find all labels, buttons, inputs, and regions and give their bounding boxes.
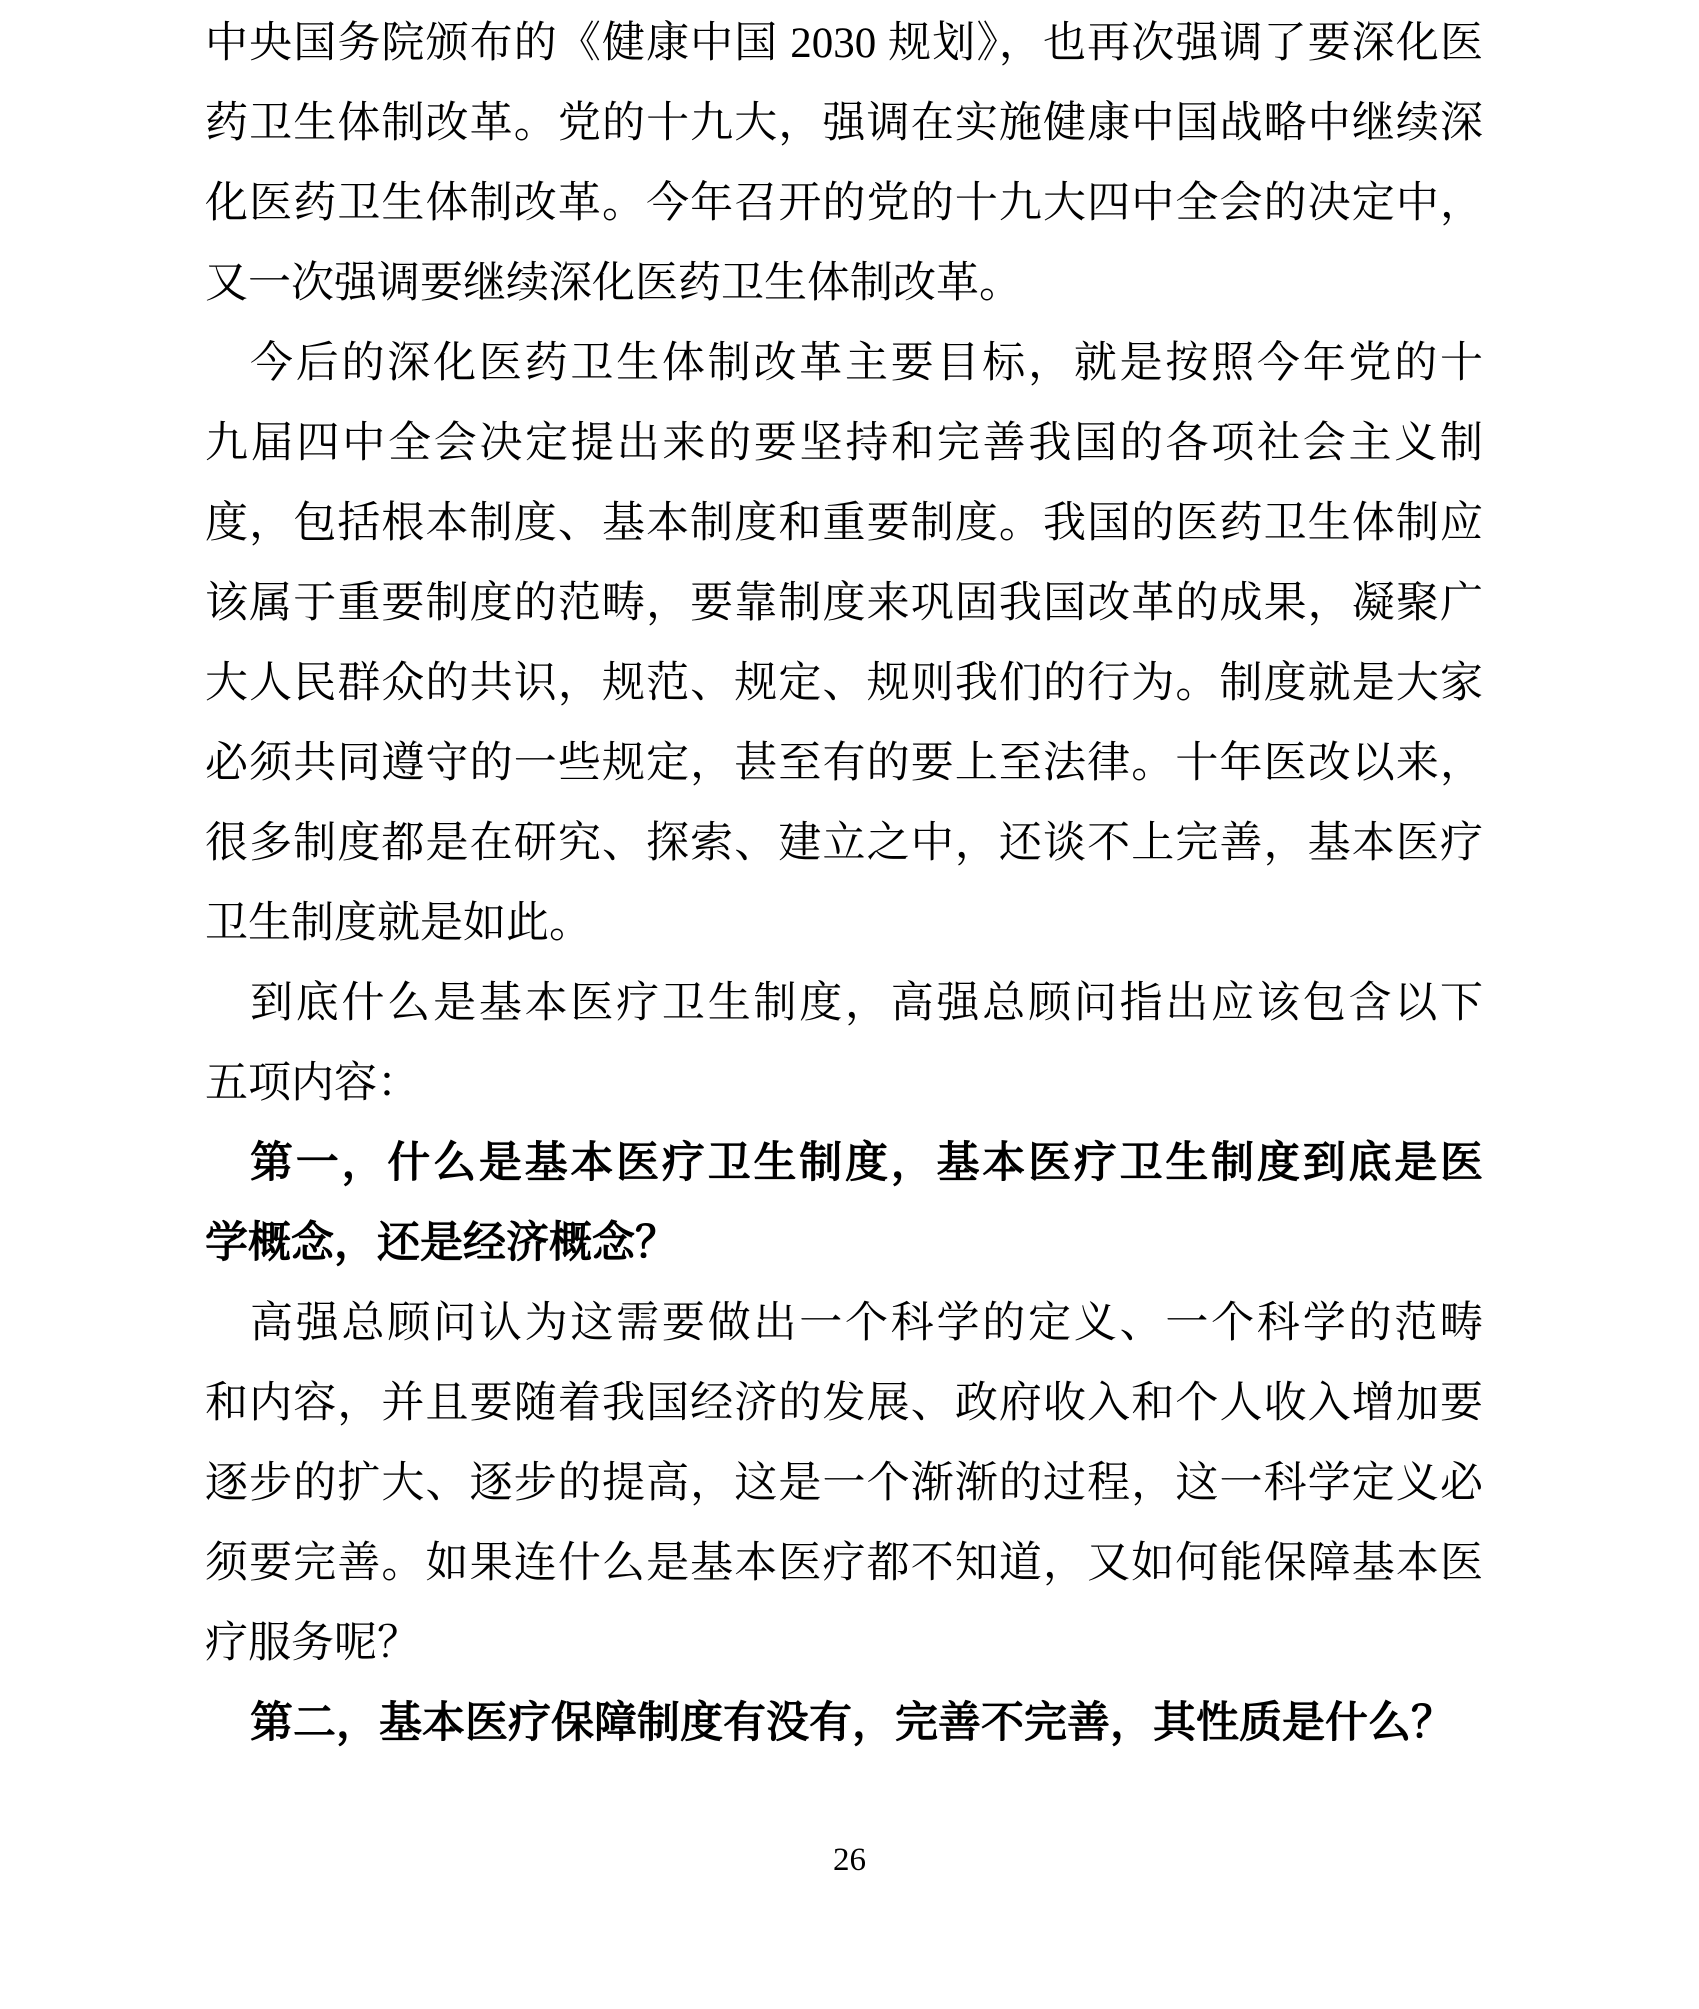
heading-paragraph: 第一，什么是基本医疗卫生制度，基本医疗卫生制度到底是医学概念，还是经济概念？ bbox=[205, 1124, 1483, 1284]
text-line: 很多制度都是在研究、探索、建立之中，还谈不上完善，基本医疗 bbox=[205, 804, 1483, 884]
text-line: 高强总顾问认为这需要做出一个科学的定义、一个科学的范畴 bbox=[205, 1284, 1483, 1364]
text-line: 又一次强调要继续深化医药卫生体制改革。 bbox=[205, 244, 1483, 324]
document-body: 中央国务院颁布的《健康中国 2030 规划》，也再次强调了要深化医药卫生体制改革… bbox=[205, 4, 1483, 1764]
text-line: 度，包括根本制度、基本制度和重要制度。我国的医药卫生体制应 bbox=[205, 484, 1483, 564]
body-paragraph: 今后的深化医药卫生体制改革主要目标，就是按照今年党的十九届四中全会决定提出来的要… bbox=[205, 324, 1483, 964]
text-line: 疗服务呢？ bbox=[205, 1604, 1483, 1684]
body-paragraph: 中央国务院颁布的《健康中国 2030 规划》，也再次强调了要深化医药卫生体制改革… bbox=[205, 4, 1483, 324]
text-line: 第二，基本医疗保障制度有没有，完善不完善，其性质是什么？ bbox=[205, 1684, 1483, 1764]
page-number: 26 bbox=[0, 1838, 1699, 1882]
text-line: 学概念，还是经济概念？ bbox=[205, 1204, 1483, 1284]
text-line: 第一，什么是基本医疗卫生制度，基本医疗卫生制度到底是医 bbox=[205, 1124, 1483, 1204]
text-line: 须要完善。如果连什么是基本医疗都不知道，又如何能保障基本医 bbox=[205, 1524, 1483, 1604]
heading-paragraph: 第二，基本医疗保障制度有没有，完善不完善，其性质是什么？ bbox=[205, 1684, 1483, 1764]
text-line: 大人民群众的共识，规范、规定、规则我们的行为。制度就是大家 bbox=[205, 644, 1483, 724]
text-line: 逐步的扩大、逐步的提高，这是一个渐渐的过程，这一科学定义必 bbox=[205, 1444, 1483, 1524]
body-paragraph: 高强总顾问认为这需要做出一个科学的定义、一个科学的范畴和内容，并且要随着我国经济… bbox=[205, 1284, 1483, 1684]
text-line: 五项内容： bbox=[205, 1044, 1483, 1124]
text-line: 药卫生体制改革。党的十九大，强调在实施健康中国战略中继续深 bbox=[205, 84, 1483, 164]
text-line: 该属于重要制度的范畴，要靠制度来巩固我国改革的成果，凝聚广 bbox=[205, 564, 1483, 644]
text-line: 必须共同遵守的一些规定，甚至有的要上至法律。十年医改以来， bbox=[205, 724, 1483, 804]
text-line: 到底什么是基本医疗卫生制度，高强总顾问指出应该包含以下 bbox=[205, 964, 1483, 1044]
document-page: 中央国务院颁布的《健康中国 2030 规划》，也再次强调了要深化医药卫生体制改革… bbox=[0, 0, 1699, 2009]
text-line: 化医药卫生体制改革。今年召开的党的十九大四中全会的决定中， bbox=[205, 164, 1483, 244]
text-line: 和内容，并且要随着我国经济的发展、政府收入和个人收入增加要 bbox=[205, 1364, 1483, 1444]
text-line: 卫生制度就是如此。 bbox=[205, 884, 1483, 964]
text-line: 九届四中全会决定提出来的要坚持和完善我国的各项社会主义制 bbox=[205, 404, 1483, 484]
text-line: 今后的深化医药卫生体制改革主要目标，就是按照今年党的十 bbox=[205, 324, 1483, 404]
text-line: 中央国务院颁布的《健康中国 2030 规划》，也再次强调了要深化医 bbox=[205, 4, 1483, 84]
body-paragraph: 到底什么是基本医疗卫生制度，高强总顾问指出应该包含以下五项内容： bbox=[205, 964, 1483, 1124]
